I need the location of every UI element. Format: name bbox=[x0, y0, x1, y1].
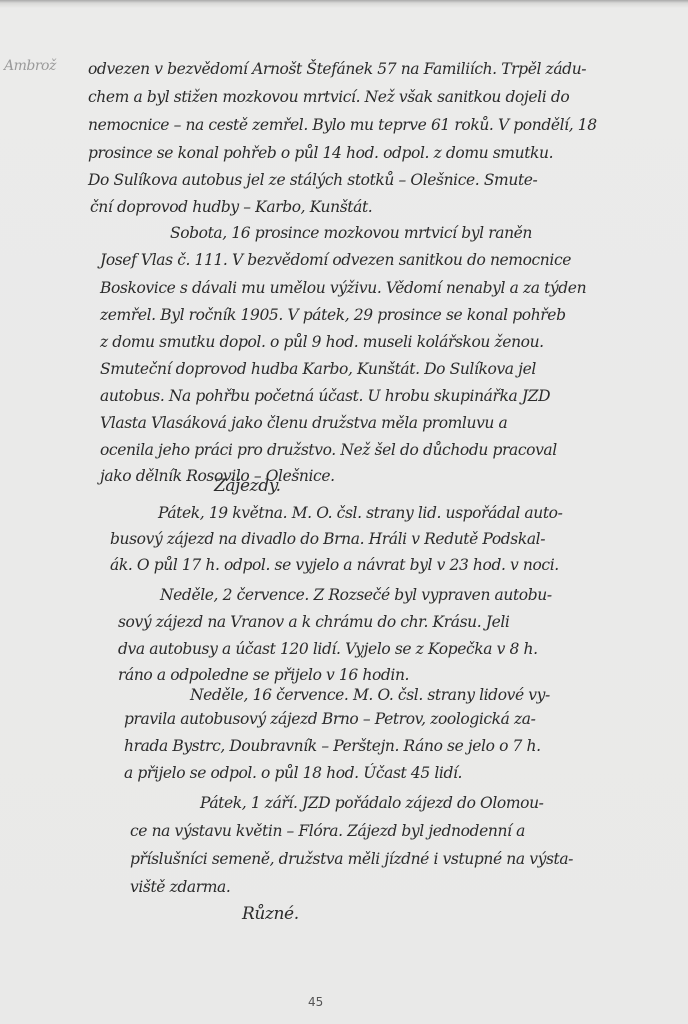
text-line: nemocnice – na cestě zemřel. Bylo mu tep… bbox=[88, 116, 597, 134]
text-line: odvezen v bezvědomí Arnošt Štefánek 57 n… bbox=[88, 60, 586, 78]
page-number: 45 bbox=[308, 995, 323, 1009]
section-heading-ruzne: Různé. bbox=[242, 904, 299, 924]
text-line: ocenila jeho práci pro družstvo. Než šel… bbox=[100, 441, 557, 459]
entry-start-line: Pátek, 1 září. JZD pořádalo zájezd do Ol… bbox=[200, 794, 544, 812]
text-line: viště zdarma. bbox=[130, 878, 230, 896]
text-line: chem a byl stižen mozkovou mrtvicí. Než … bbox=[88, 88, 569, 106]
text-line: zemřel. Byl ročník 1905. V pátek, 29 pro… bbox=[100, 306, 566, 324]
text-line: z domu smutku dopol. o půl 9 hod. museli… bbox=[100, 333, 544, 351]
text-line: Josef Vlas č. 111. V bezvědomí odvezen s… bbox=[100, 251, 571, 269]
entry-start-line: Neděle, 2 července. Z Rozsečé byl vyprav… bbox=[160, 586, 552, 604]
text-line: autobus. Na pohřbu početná účast. U hrob… bbox=[100, 387, 550, 405]
text-line: Vlasta Vlasáková jako členu družstva měl… bbox=[100, 414, 507, 432]
text-line: ce na výstavu květin – Flóra. Zájezd byl… bbox=[130, 822, 525, 840]
text-line: hrada Bystrc, Doubravník – Perštejn. Rán… bbox=[124, 737, 541, 755]
text-line: příslušníci semeně, družstva měli jízdné… bbox=[130, 850, 573, 868]
document-page: Ambrož odvezen v bezvědomí Arnošt Štefán… bbox=[0, 0, 688, 1024]
text-line: busový zájezd na divadlo do Brna. Hráli … bbox=[110, 530, 545, 548]
text-line: pravila autobusový zájezd Brno – Petrov,… bbox=[124, 710, 535, 728]
text-line: prosince se konal pohřeb o půl 14 hod. o… bbox=[88, 144, 553, 162]
entry-start-line: Pátek, 19 května. M. O. čsl. strany lid.… bbox=[158, 504, 562, 522]
entry-start-line: Neděle, 16 července. M. O. čsl. strany l… bbox=[190, 686, 550, 704]
text-line: a přijelo se odpol. o půl 18 hod. Účast … bbox=[124, 764, 462, 782]
margin-note: Ambrož bbox=[4, 58, 56, 74]
text-line: ák. O půl 17 h. odpol. se vyjelo a návra… bbox=[110, 556, 559, 574]
text-line: Boskovice s dávali mu umělou výživu. Věd… bbox=[100, 279, 586, 297]
text-line: dva autobusy a účast 120 lidí. Vyjelo se… bbox=[118, 640, 538, 658]
text-line: ční doprovod hudby – Karbo, Kunštát. bbox=[90, 198, 372, 216]
entry-start-line: Sobota, 16 prosince mozkovou mrtvicí byl… bbox=[170, 224, 532, 242]
section-heading-zajezdy: Zájezdy. bbox=[214, 476, 281, 496]
text-line: sový zájezd na Vranov a k chrámu do chr.… bbox=[118, 613, 509, 631]
text-line: Do Sulíkova autobus jel ze stálých stotk… bbox=[88, 171, 537, 189]
text-line: Smuteční doprovod hudba Karbo, Kunštát. … bbox=[100, 360, 536, 378]
text-line: ráno a odpoledne se přijelo v 16 hodin. bbox=[118, 666, 409, 684]
